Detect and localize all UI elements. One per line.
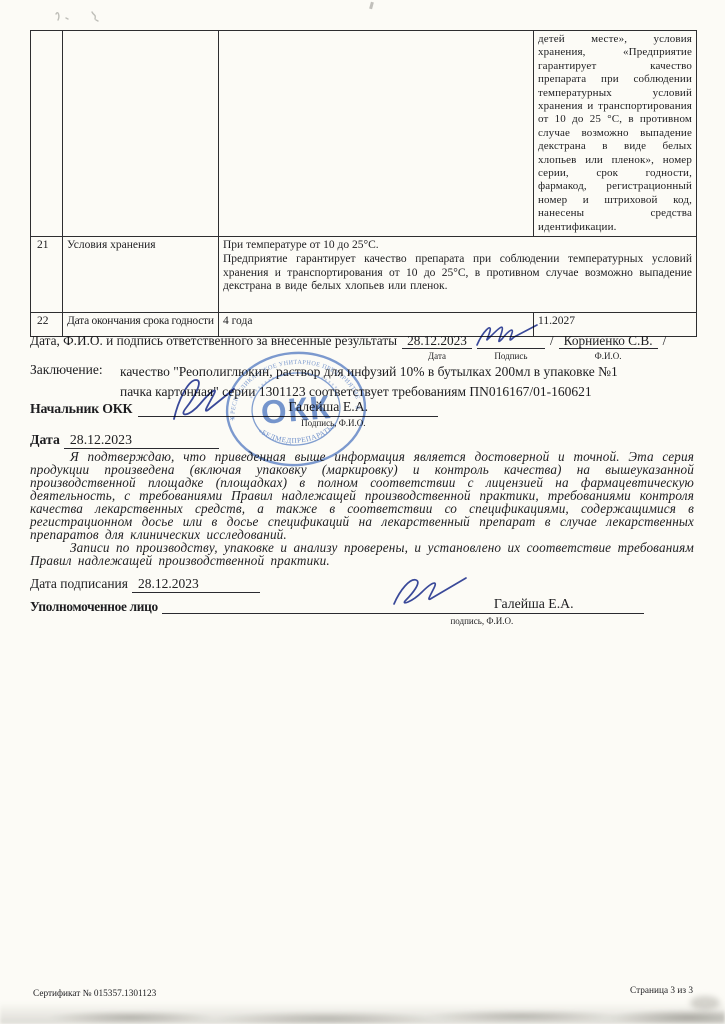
- certificate-number: Сертификат № 015357.1301123: [33, 989, 156, 999]
- signing-date-label: Дата подписания: [30, 576, 128, 591]
- responsible-date: 28.12.2023: [402, 333, 472, 349]
- slash-separator: /: [663, 333, 667, 348]
- storage-conditions-line1: При температуре от 10 до 25°С.: [223, 239, 692, 253]
- scan-smudge: [690, 996, 720, 1010]
- declaration-para2: Записи по производству, упаковке и анали…: [30, 541, 694, 567]
- responsible-signature-segment: Подпись: [477, 333, 545, 361]
- cell-empty-label: [63, 31, 219, 237]
- scan-speck: [369, 2, 374, 10]
- signing-date-underlined: 28.12.2023: [132, 576, 260, 593]
- authorized-label: Уполномоченное лицо: [30, 599, 158, 615]
- scan-shadow-band: [0, 1002, 725, 1024]
- cell-row-content: При температуре от 10 до 25°С. Предприят…: [219, 237, 697, 313]
- responsible-fio: Корниенко С.В.: [559, 333, 658, 349]
- date-value: 28.12.2023: [70, 432, 132, 447]
- cell-empty-num: [31, 31, 63, 237]
- page-number: Страница 3 из 3: [630, 986, 693, 996]
- certificate-page: детей месте», условия хранения, «Предпри…: [0, 0, 725, 1024]
- responsible-fio-segment: Корниенко С.В. Ф.И.О.: [559, 333, 658, 361]
- date-sublabel: Дата: [428, 351, 446, 361]
- cell-continuation-text: детей месте», условия хранения, «Предпри…: [534, 31, 697, 237]
- responsible-date-segment: 28.12.2023 Дата: [402, 333, 472, 361]
- specification-table: детей месте», условия хранения, «Предпри…: [30, 30, 697, 337]
- signature-galeisha-2: [390, 574, 470, 608]
- authorized-person-line: Уполномоченное лицо Галейша Е.А. подпись…: [30, 599, 644, 615]
- storage-conditions-rest: Предприятие гарантирует качество препара…: [223, 253, 692, 294]
- stamp-star-right: *: [355, 403, 362, 415]
- signing-date-value: 28.12.2023: [138, 576, 199, 591]
- cell-row-number: 21: [31, 237, 63, 313]
- conclusion-label: Заключение:: [30, 362, 120, 401]
- declaration-text: Я подтверждаю, что приведенная выше инфо…: [30, 450, 694, 567]
- signature-slot: [477, 333, 545, 349]
- date-label: Дата: [30, 432, 60, 447]
- authorized-fio: Галейша Е.А.: [494, 596, 574, 612]
- stamp-center-text: ОКК: [259, 388, 332, 431]
- cell-empty-value: [219, 31, 534, 237]
- slash-separator: /: [550, 333, 554, 348]
- signature-sublabel: Подпись: [494, 351, 527, 361]
- table-row-continuation: детей месте», условия хранения, «Предпри…: [31, 31, 697, 237]
- fio-sublabel: Ф.И.О.: [595, 351, 622, 361]
- date-line: Дата28.12.2023: [30, 432, 219, 449]
- stamp-star-left: *: [229, 414, 236, 426]
- signature-kornienko: [473, 321, 541, 349]
- authorized-signature-line: Галейша Е.А. подпись, Ф.И.О.: [162, 599, 644, 614]
- date-value-underlined: 28.12.2023: [64, 432, 219, 449]
- okk-round-stamp: РЕСПУБЛИКАНСКОЕ УНИТАРНОЕ ПРЕДПРИЯТИЕ «Б…: [217, 342, 375, 476]
- table-row-21: 21 Условия хранения При температуре от 1…: [31, 237, 697, 313]
- authorized-sublabel: подпись, Ф.И.О.: [407, 616, 557, 626]
- signing-date-line: Дата подписания28.12.2023: [30, 576, 260, 593]
- okk-head-label: Начальник ОКК: [30, 401, 132, 417]
- pen-scribble-marks: [52, 6, 162, 32]
- cell-row-label: Условия хранения: [63, 237, 219, 313]
